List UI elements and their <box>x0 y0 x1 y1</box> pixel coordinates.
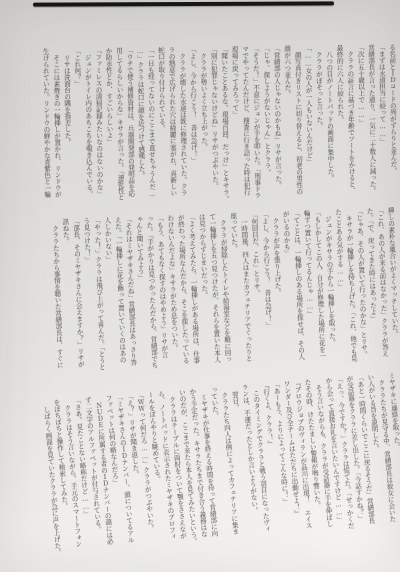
text-column: 「一日も経ってないのにここまで直せちゃうんだ… <box>147 47 155 204</box>
text-column: 「よし、今から行こう！ 善は急げ！」 <box>189 46 197 203</box>
text-column: 「……女の人が一人もいないんだけど」 <box>305 45 313 202</box>
text-block-middle: 挿しの素朴な風合いがよくマッチしていた。「これ、あの人が来る前はなかった」クララ… <box>51 207 399 377</box>
text-column: 「てことは、一輪挿しのある場所を探せば、その人 <box>292 210 304 368</box>
text-column: 「よし、今から行こう！ 善は急げ！」 <box>261 211 273 369</box>
text-column: そこには素焼きの一輪挿しが置かれ、リンドウが <box>53 48 61 205</box>
text-column: 「営繕部の人じゃないのかもね」リサが言った。 <box>273 45 281 202</box>
text-column: えた。「一輪挿しに花を飾って置いていくのはあの <box>114 217 126 375</box>
text-column: 「ファミレスの清掃記録みたいなのはないのかな」 <box>95 48 103 205</box>
text-column: ジュンがトイレ内のあちこちを覗き込んでいる。 <box>84 48 92 205</box>
text-column: 「次に五十歳以上で……」 <box>357 44 365 201</box>
text-block-bottom: ミヤザキに連絡を取った。 クララたちが見守る中、営繕部長は彼女に会いたい人がいる… <box>42 372 400 557</box>
text-block-top: る名前とＩＤコードの列がずらりと並んだ。「まずは水道担当に絞って……」営繕部長が… <box>42 44 397 205</box>
text-column: 「これ何？」 <box>74 48 82 205</box>
text-column: 生けられていた。リンドウの鮮やかな青紫色と一輪 <box>42 48 50 205</box>
text-column: ラの熱意で広げられた穴は綺麗に塞がれ、真新しい <box>168 47 176 204</box>
text-column: 「聞いたことあるな。現場百回、だっけ」とキサラ。 <box>221 46 229 203</box>
page-top-edge-shadow <box>33 1 334 6</box>
text-column: 「もしかしてこの人、自分が修理した場所に花を一 <box>313 210 325 368</box>
text-column: 最終的に六人に絞られた。 <box>336 45 344 202</box>
text-column: 「ウチで使う補修資材は、兵器開発部の発明品を応 <box>126 47 134 204</box>
text-column: リサは洗面台の隅を指差した。 <box>63 48 71 205</box>
text-column: 「そうだ！」不意にジュンが手を叩いた。「刑事ドラ <box>252 46 260 203</box>
text-column: …」クララは蛇口に顔を近づけて感嘆した。 <box>137 47 145 204</box>
book-page: る名前とＩＤコードの列がずらりと並んだ。「まずは水道担当に絞って……」営繕部長が… <box>0 0 400 572</box>
text-column: クララがぼそっと言った。 <box>315 45 323 202</box>
text-column: った。「手がかりは見つかったんだから、営繕部でち <box>145 215 157 373</box>
text-column: 八つの目がノートパッドの画面に集中した。 <box>326 45 334 202</box>
text-column: て一輪挿しを五つ見つけたが、それらを置いた本人 <box>208 213 220 371</box>
text-column: 営繕部長が言った通り、一気に二十数人に減った。 <box>368 44 376 201</box>
text-column: か防水性とか、すごいらしいよ」 <box>105 47 113 204</box>
text-column: キサラが一輪挿しを持ち上げた。「これ、他でも見 <box>345 208 357 366</box>
text-column: 「じゃ、探しようがないじゃん」とクララ。 <box>263 46 271 203</box>
text-column: 「部長、そのミヤザキさんに会えますか？」リサが <box>72 218 84 376</box>
text-column: 蛇口が取り付けられている。 <box>158 47 166 204</box>
text-column: 「別に犯罪じゃないけどね」リサがつぶやいた。 <box>210 46 218 203</box>
text-column: がいるのかも」 <box>282 211 294 369</box>
text-column: クララが声を張り上げた。 <box>271 211 283 369</box>
text-column: 「まずは水道担当に絞って……」 <box>378 44 386 201</box>
text-column: 顔が六つ並んだ。 <box>284 45 292 202</box>
text-column: 用してるらしいからな」キサラが言った。「速乾性と <box>116 47 124 204</box>
text-column: クララが壊した水道は既に修理されていた。クラ <box>179 47 187 204</box>
text-column: 現場に戻ってみろって」 <box>231 46 239 203</box>
text-column: クララたちから事情を聴いた営繕部長は、すぐに <box>51 219 63 377</box>
text-column: クララが勢いよく立ち上がった。 <box>200 46 208 203</box>
text-column: マでやってたんだけど、捜査に行き詰った時は犯行 <box>242 46 250 203</box>
text-column: 顔写真付きリストに切り替えると、初老の男性の <box>294 45 302 202</box>
text-column: 「やった！」クララは飛び上がって喜んだ。「とうと <box>93 217 105 375</box>
text-column: クララの証言に基づき年齢でソートをかけると、 <box>347 45 355 202</box>
text-column: る名前とＩＤコードの列がずらりと並んだ。 <box>389 44 397 201</box>
text-column: 一時間後、四人はまたカフェテリアでぐったりと <box>240 212 252 370</box>
text-column: 「これ、あの人が来る前はなかった」クララが答え <box>376 207 388 365</box>
